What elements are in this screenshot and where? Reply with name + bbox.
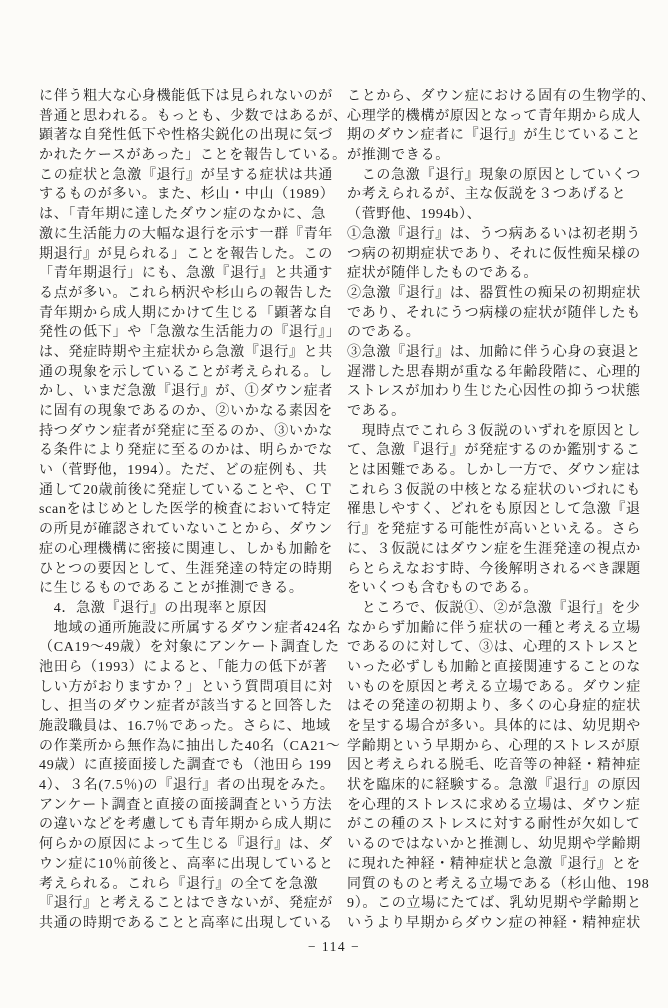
text-line: し、担当のダウン症者が該当すると回答した	[39, 697, 339, 717]
text-line: 遅滞した思春期が重なる年齢段階に、心理的	[347, 363, 647, 383]
text-line: 同質のものと考える立場である（杉山他、198	[347, 875, 647, 895]
text-line: 9）。この立場にたてば、乳幼児期や学齢期と	[347, 894, 647, 914]
text-line: 期のダウン症者に『退行』が生じていること	[347, 126, 647, 146]
text-line: 何らかの原因によって生じる『退行』は、ダ	[39, 835, 339, 855]
text-line: scanをはじめとした医学的検査において特定	[39, 500, 339, 520]
text-line: は、「青年期に達したダウン症のなかに、急	[39, 205, 339, 225]
text-line: 共通の時期であることと高率に出現している	[39, 914, 339, 934]
text-line: が推測できる。	[347, 146, 647, 166]
paper-page: に伴う粗大な心身機能低下は見られないのが普通と思われる。もっとも、少数ではあるが…	[0, 0, 668, 1008]
text-line: 持つダウン症者が発症に至るのか、③いかな	[39, 422, 339, 442]
text-line: アンケート調査と直接の面接調査という方法	[39, 796, 339, 816]
text-line: ことから、ダウン症における固有の生物学的、	[347, 87, 647, 107]
text-line: 症状が随伴したものである。	[347, 264, 647, 284]
text-line: この症状と急激『退行』が呈する症状は共通	[39, 166, 339, 186]
text-line: か考えられるが、主な仮説を３つあげると	[347, 185, 647, 205]
text-line: であり、それにうつ病様の症状が随伴したも	[347, 304, 647, 324]
text-line: 池田ら（1993）によると、「能力の低下が著	[39, 658, 339, 678]
text-line: かれたケースがあった」ことを報告している。	[39, 146, 339, 166]
left-text-column: に伴う粗大な心身機能低下は見られないのが普通と思われる。もっとも、少数ではあるが…	[39, 87, 339, 934]
text-line: いるのではないかと推測し、幼児期や学齢期	[347, 835, 647, 855]
text-line: なからず加齢に伴う症状の一種と考える立場	[347, 619, 647, 639]
text-line: するものが多い。また、杉山・中山（1989）	[39, 185, 339, 205]
text-line: のである。	[347, 323, 647, 343]
text-line: 因と考えられる脱毛、吃音等の神経・精神症	[347, 756, 647, 776]
text-line: 施設職員は、16.7％であった。さらに、地域	[39, 717, 339, 737]
text-line: の作業所から無作為に抽出した40名（CA21～	[39, 737, 339, 757]
text-line: ウン症に10％前後と、高率に出現していると	[39, 855, 339, 875]
text-line: ひとつの要因として、生涯発達の特定の時期	[39, 560, 339, 580]
text-line: （CA19～49歳）を対象にアンケート調査した	[39, 638, 339, 658]
text-line: 「青年期退行」にも、急激『退行』と共通す	[39, 264, 339, 284]
text-line: の所見が確認されていないことから、ダウン	[39, 520, 339, 540]
text-line: 考えられる。これら『退行』の全てを急激	[39, 875, 339, 895]
right-text-column: ことから、ダウン症における固有の生物学的、心理学的機構が原因となって青年期から成…	[347, 87, 647, 934]
text-line: 罹患しやすく、どれをも原因として急激『退	[347, 500, 647, 520]
text-line: 4．急激『退行』の出現率と原因	[39, 599, 339, 619]
text-line: 現時点でこれら３仮説のいずれを原因とし	[347, 422, 647, 442]
text-line: 青年期から成人期にかけて生じる「顕著な自	[39, 304, 339, 324]
text-line: をいくつも含むものである。	[347, 579, 647, 599]
text-line: 心理学的機構が原因となって青年期から成人	[347, 107, 647, 127]
text-line: る点が多い。これら柄沢や杉山らの報告した	[39, 284, 339, 304]
text-line: 発性の低下」や「急激な生活能力の『退行』」	[39, 323, 339, 343]
text-line: 4）、３名(7.5％)の『退行』者の出現をみた。	[39, 776, 339, 796]
text-line: とは困難である。しかし一方で、ダウン症は	[347, 461, 647, 481]
text-line: はその発達の初期より、多くの心身症的症状	[347, 697, 647, 717]
text-line: は、発症時期や主症状から急激『退行』と共	[39, 343, 339, 363]
text-line: る条件により発症に至るのかは、明らかでな	[39, 441, 339, 461]
text-line: に伴う粗大な心身機能低下は見られないのが	[39, 87, 339, 107]
text-line: に固有の現象であるのか、②いかなる素因を	[39, 402, 339, 422]
text-line: 症の心理機構に密接に関連し、しかも加齢を	[39, 540, 339, 560]
text-line: この急激『退行』現象の原因としていくつ	[347, 166, 647, 186]
text-line: らとらえなおす時、今後解明されるべき課題	[347, 560, 647, 580]
text-line: かし、いまだ急激『退行』が、①ダウン症者	[39, 382, 339, 402]
text-line: 通の現象を示していることが考えられる。し	[39, 363, 339, 383]
text-line: ①急激『退行』は、うつ病あるいは初老期う	[347, 225, 647, 245]
text-line: て、急激『退行』が発症するのか鑑別するこ	[347, 441, 647, 461]
text-line: 『退行』と考えることはできないが、発症が	[39, 894, 339, 914]
text-line: 状を臨床的に経験する。急激『退行』の原因	[347, 776, 647, 796]
text-line: 行』を発症する可能性が高いといえる。さら	[347, 520, 647, 540]
text-line: である。	[347, 402, 647, 422]
text-line: ③急激『退行』は、加齢に伴う心身の衰退と	[347, 343, 647, 363]
text-line: 通して20歳前後に発症していることや、ＣＴ	[39, 481, 339, 501]
text-line: これら３仮説の中核となる症状のいづれにも	[347, 481, 647, 501]
text-line: を心理的ストレスに求める立場は、ダウン症	[347, 796, 647, 816]
text-line: 地域の通所施設に所属するダウン症者424名	[39, 619, 339, 639]
page-number: − 114 −	[0, 939, 668, 955]
text-line: であるのに対して、③は、心理的ストレスと	[347, 638, 647, 658]
text-line: （菅野他、1994b）、	[347, 205, 647, 225]
text-line: つ病の初期症状であり、それに仮性痴呆様の	[347, 245, 647, 265]
text-line: の違いなどを考慮しても青年期から成人期に	[39, 815, 339, 835]
text-line: ところで、仮説①、②が急激『退行』を少	[347, 599, 647, 619]
text-line: 顕著な自発性低下や性格尖鋭化の出現に気づ	[39, 126, 339, 146]
text-line: に生じるものであることが推測できる。	[39, 579, 339, 599]
text-line: 学齢期という早期から、心理的ストレスが原	[347, 737, 647, 757]
text-line: ②急激『退行』は、器質性の痴呆の初期症状	[347, 284, 647, 304]
text-line: 期退行』が見られる」ことを報告した。この	[39, 245, 339, 265]
text-line: 普通と思われる。もっとも、少数ではあるが、	[39, 107, 339, 127]
text-line: 激に生活能力の大幅な退行を示す一群『青年	[39, 225, 339, 245]
text-line: 49歳）に直接面接した調査でも（池田ら 199	[39, 756, 339, 776]
text-line: ストレスが加わり生じた心因性の抑うつ状態	[347, 382, 647, 402]
text-line: いうより早期からダウン症の神経・精神症状	[347, 914, 647, 934]
text-line: に、３仮説にはダウン症を生涯発達の視点か	[347, 540, 647, 560]
text-line: に現れた神経・精神症状と急激『退行』とを	[347, 855, 647, 875]
text-line: しい方がおりますか？」という質問項目に対	[39, 678, 339, 698]
text-line: い（菅野他，1994）。ただ、どの症例も、共	[39, 461, 339, 481]
text-line: を呈する場合が多い。具体的には、幼児期や	[347, 717, 647, 737]
text-line: がこの種のストレスに対する耐性が欠如して	[347, 815, 647, 835]
text-line: いものを原因と考える立場である。ダウン症	[347, 678, 647, 698]
text-line: いった必ずしも加齢と直接関連することのな	[347, 658, 647, 678]
